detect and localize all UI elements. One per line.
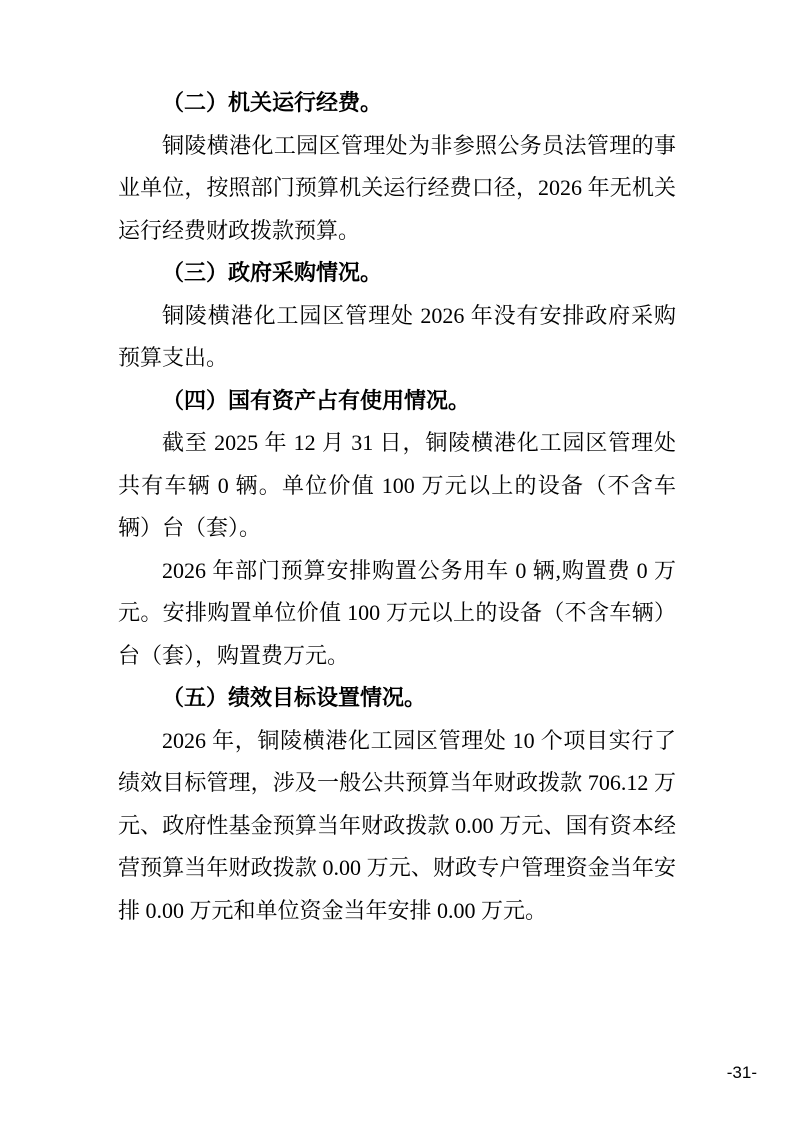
- paragraph-government-procurement: 铜陵横港化工园区管理处 2026 年没有安排政府采购预算支出。: [118, 295, 676, 380]
- paragraph-state-assets-budget: 2026 年部门预算安排购置公务用车 0 辆,购置费 0 万元。安排购置单位价值…: [118, 550, 676, 678]
- paragraph-performance-targets: 2026 年，铜陵横港化工园区管理处 10 个项目实行了绩效目标管理，涉及一般公…: [118, 720, 676, 933]
- section-heading-government-procurement: （三）政府采购情况。: [118, 252, 676, 295]
- section-heading-agency-operating-costs: （二）机关运行经费。: [118, 82, 676, 125]
- page-number: -31-: [727, 1060, 757, 1086]
- document-body: （二）机关运行经费。 铜陵横港化工园区管理处为非参照公务员法管理的事业单位，按照…: [118, 82, 676, 932]
- paragraph-state-assets-current: 截至 2025 年 12 月 31 日，铜陵横港化工园区管理处共有车辆 0 辆。…: [118, 422, 676, 550]
- section-heading-state-assets: （四）国有资产占有使用情况。: [118, 380, 676, 423]
- paragraph-agency-operating-costs: 铜陵横港化工园区管理处为非参照公务员法管理的事业单位，按照部门预算机关运行经费口…: [118, 125, 676, 253]
- section-heading-performance-targets: （五）绩效目标设置情况。: [118, 677, 676, 720]
- document-page: （二）机关运行经费。 铜陵横港化工园区管理处为非参照公务员法管理的事业单位，按照…: [0, 0, 793, 1122]
